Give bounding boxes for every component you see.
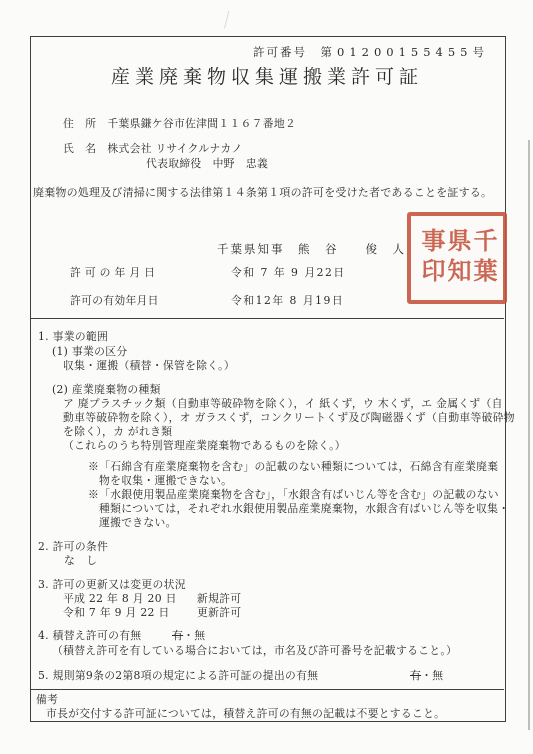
types-line-3: を除く），カ がれき類 — [63, 425, 172, 438]
address-label: 住 所 — [63, 117, 96, 130]
representative-line: 代表取締役 中野 忠義 — [146, 157, 268, 170]
name-gap — [96, 142, 107, 155]
section4-option-no: 無 — [194, 629, 205, 642]
section4-option-yes: 有 — [172, 629, 183, 642]
section4-option-sep: ・ — [183, 629, 194, 642]
permit-number-gap — [307, 45, 321, 59]
section5-heading: 5. 規則第9条の2第8項の規定による許可証の提出の有無 — [38, 669, 318, 682]
section5-option-sep: ・ — [421, 669, 432, 682]
section5-option-no: 無 — [432, 669, 443, 682]
section4-note: （積替え許可を有している場合においては，市名及び許可番号を記載すること。） — [52, 644, 457, 657]
history-row-1-date: 平成 22 年 8 月 20 日 — [63, 592, 177, 605]
section1-division-heading: (1) 事業の区分 — [52, 345, 127, 358]
scan-artifact — [224, 11, 239, 31]
name-line: 氏 名 株式会社 リサイクルナカノ — [63, 142, 243, 155]
types-line-4: （これらのうち特別管理産業廃棄物であるものを除く。） — [63, 439, 346, 452]
history-row-2-date: 令和 7 年 9 月 22 日 — [63, 606, 170, 619]
history-row-2-label: 更新許可 — [197, 606, 241, 619]
remarks-body: 市長が交付する許可証については，積替え許可の有無の記載は不要とすること。 — [46, 707, 445, 720]
remarks-label: 備考 — [36, 693, 58, 706]
valid-date-label: 許可の有効年月日 — [70, 294, 159, 307]
permit-number-label: 許可番号 — [253, 45, 307, 59]
section2-heading: 2. 許可の条件 — [38, 540, 108, 553]
history-row-1-label: 新規許可 — [197, 592, 241, 605]
document-border — [30, 36, 506, 722]
remarks-divider — [30, 689, 504, 690]
scanned-permit-document: 許可番号 第01200155455号 産業廃棄物収集運搬業許可証 住 所 千葉県… — [0, 0, 533, 754]
permit-number-line: 許可番号 第01200155455号 — [253, 46, 489, 59]
name-label: 氏 名 — [63, 142, 96, 155]
certification-statement: 廃棄物の処理及び清掃に関する法律第１４条第１項の許可を受けた者であることを証する… — [33, 186, 492, 199]
document-title: 産業廃棄物収集運搬業許可証 — [30, 71, 504, 84]
section1-division-body: 収集・運搬（積替・保管を除く。） — [63, 359, 235, 372]
types-line-2: 動車等破砕物を除く），オ ガラスくず，コンクリートくず及び陶磁器くず（自動車等破… — [63, 411, 515, 424]
governor-seal: 千葉 県知 事印 — [407, 212, 507, 304]
mercury-note-line-3: 運搬できない。 — [99, 516, 177, 529]
name-value: 株式会社 リサイクルナカノ — [107, 142, 242, 155]
section5-options: 有・無 — [410, 669, 443, 682]
section4-heading: 4. 積替え許可の有無 — [38, 629, 141, 642]
asbestos-note-line-1: ※「石綿含有産業廃棄物を含む」の記載のない種類については，石綿含有産業廃棄 — [88, 460, 498, 473]
permit-number-value: 第01200155455号 — [321, 45, 489, 59]
issuer-line: 千葉県知事 熊 谷 俊 人 — [217, 243, 406, 256]
seal-column-1: 千葉 — [471, 228, 495, 288]
seal-column-3: 事印 — [419, 228, 443, 288]
section-divider-top — [30, 318, 504, 319]
section1-heading: 1. 事業の範囲 — [38, 330, 108, 343]
mercury-note-line-2: 種類については，それぞれ水銀使用製品産業廃棄物，水銀含有ばいじん等を収集・ — [99, 502, 509, 515]
address-value: 千葉県鎌ケ谷市佐津間１１６７番地２ — [107, 117, 296, 130]
granted-date-value: 令和 7 年 9 月22日 — [231, 266, 346, 279]
granted-date-label: 許 可 の 年 月 日 — [70, 266, 155, 279]
section1-types-heading: (2) 産業廃棄物の種類 — [52, 383, 161, 396]
address-line: 住 所 千葉県鎌ケ谷市佐津間１１６７番地２ — [63, 117, 296, 130]
types-line-1: ア 廃プラスチック類（自動車等破砕物を除く），イ 紙くず，ウ 木くず，エ 金属く… — [63, 397, 503, 410]
scan-edge-line — [528, 140, 530, 730]
mercury-note-line-1: ※「水銀使用製品産業廃棄物を含む」，「水銀含有ばいじん等を含む」の記載のない — [88, 488, 499, 501]
section4-options: 有・無 — [172, 629, 205, 642]
section2-body: な し — [64, 554, 97, 567]
section5-option-yes: 有 — [410, 669, 421, 682]
seal-column-2: 県知 — [445, 228, 469, 288]
asbestos-note-line-2: 物を収集・運搬できない。 — [99, 474, 232, 487]
valid-date-value: 令和12年 8 月19日 — [231, 294, 344, 307]
section3-heading: 3. 許可の更新又は変更の状況 — [38, 578, 186, 591]
address-gap — [96, 117, 107, 130]
